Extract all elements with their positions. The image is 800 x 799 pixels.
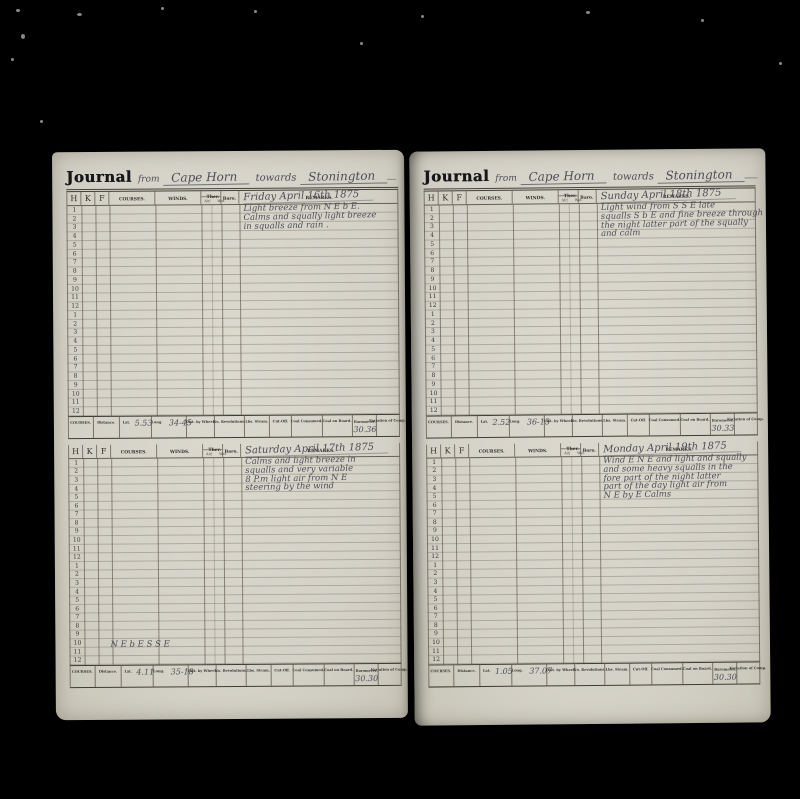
summary-cell: Distance. bbox=[94, 417, 120, 438]
scan-speck bbox=[779, 62, 782, 65]
summary-cell: Lat.4.11 bbox=[122, 666, 154, 687]
column-line bbox=[561, 457, 564, 663]
hour-number: 11 bbox=[429, 399, 439, 405]
scanned-logbook-spread: Journal from Cape Horn towards Stoningto… bbox=[0, 0, 800, 799]
log-grid: 123456789101112123456789101112Light bree… bbox=[66, 204, 399, 416]
hour-number: 3 bbox=[72, 477, 82, 483]
hour-number: 1 bbox=[71, 460, 81, 466]
scan-speck bbox=[254, 10, 257, 13]
hour-number: 12 bbox=[430, 554, 440, 560]
hour-number: 4 bbox=[72, 486, 82, 492]
summary-label: Variation of Comp. bbox=[727, 417, 764, 422]
summary-label: No. Revolutions. bbox=[215, 668, 247, 673]
col-knots: K bbox=[439, 191, 453, 204]
logbook-page-right: Journal from Cape Horn towards Stoningto… bbox=[409, 148, 770, 725]
summary-cell: Long.34-45 bbox=[152, 416, 187, 437]
hour-number: 12 bbox=[428, 303, 438, 309]
hour-number: 6 bbox=[72, 503, 82, 509]
summary-label: Dist. by Wheel. bbox=[186, 419, 216, 424]
summary-label: Coal on Board. bbox=[681, 417, 710, 422]
hour-number: 11 bbox=[428, 294, 438, 300]
hour-number: 1 bbox=[429, 460, 439, 466]
hour-number: 3 bbox=[71, 330, 81, 336]
hour-number: 10 bbox=[429, 391, 439, 397]
summary-value: 1.05 bbox=[495, 667, 513, 676]
hour-number: 3 bbox=[430, 477, 440, 483]
summary-value: 4.11 bbox=[136, 668, 154, 677]
summary-label: Lat. bbox=[483, 668, 491, 673]
hour-number: 9 bbox=[71, 382, 81, 388]
summary-label: Long. bbox=[512, 668, 523, 673]
col-fathoms: F bbox=[455, 444, 469, 457]
hour-number: 6 bbox=[72, 606, 82, 612]
hour-number: 10 bbox=[430, 537, 440, 543]
handwritten-remarks: Light breeze from N E b E.Calms and squa… bbox=[243, 203, 395, 230]
hour-number: 4 bbox=[72, 589, 82, 595]
summary-cell: Coal Consumed. bbox=[294, 664, 325, 685]
summary-label: Lat. bbox=[480, 419, 488, 424]
hour-number: 11 bbox=[430, 546, 440, 552]
log-section-am: H K F COURSES. WINDS. Ther. AirWat. Baro… bbox=[424, 188, 758, 438]
col-fathoms: F bbox=[95, 192, 109, 205]
summary-label: Distance. bbox=[97, 420, 115, 425]
column-line bbox=[241, 458, 243, 664]
summary-strip: COURSES.Distance.Lat.4.11Long.35-18Dist.… bbox=[70, 663, 402, 688]
column-line bbox=[239, 205, 241, 415]
summary-cell: Distance. bbox=[452, 416, 478, 437]
col-hours: H bbox=[427, 444, 441, 457]
column-line bbox=[581, 457, 584, 663]
col-hours: H bbox=[67, 192, 81, 205]
hour-number: 5 bbox=[431, 597, 441, 603]
column-line bbox=[467, 205, 470, 415]
summary-label: Variation of Comp. bbox=[370, 418, 407, 423]
hour-number: 4 bbox=[71, 339, 81, 345]
hour-number: 9 bbox=[72, 529, 82, 535]
summary-value: 30.30 bbox=[714, 673, 737, 682]
column-line bbox=[579, 204, 582, 414]
summary-cell: Coal Consumed. bbox=[650, 414, 681, 435]
summary-label: Distance. bbox=[455, 419, 473, 424]
scan-speck bbox=[16, 9, 20, 12]
column-line bbox=[111, 459, 113, 665]
column-line bbox=[515, 458, 518, 664]
col-knots: K bbox=[81, 192, 95, 205]
hour-number: 12 bbox=[70, 304, 80, 310]
column-line bbox=[157, 459, 159, 665]
summary-cell: Cut-Off. bbox=[630, 663, 652, 684]
summary-cell: COURSES. bbox=[71, 666, 96, 687]
hour-number: 12 bbox=[73, 658, 83, 664]
column-line bbox=[201, 205, 203, 415]
hour-number: 2 bbox=[431, 571, 441, 577]
col-courses: COURSES. bbox=[469, 444, 515, 457]
column-line bbox=[203, 458, 205, 664]
hour-number: 2 bbox=[71, 469, 81, 475]
col-winds: WINDS. bbox=[515, 443, 561, 456]
summary-label: Cut-Off. bbox=[633, 667, 649, 672]
column-line bbox=[453, 205, 456, 415]
hour-number: 5 bbox=[72, 598, 82, 604]
column-line bbox=[83, 459, 85, 665]
summary-label: Coal on Board. bbox=[325, 667, 354, 672]
column-line bbox=[441, 458, 444, 664]
summary-cell: Dist. by Wheel. bbox=[187, 416, 215, 437]
summary-cell: No. Revolutions. bbox=[573, 415, 603, 436]
journal-destination: Stonington bbox=[658, 167, 745, 184]
summary-label: Dist. by Wheel. bbox=[546, 667, 576, 672]
summary-label: Long. bbox=[153, 669, 164, 674]
col-thermometer: Ther. AirWat. bbox=[559, 190, 579, 203]
hour-number: 10 bbox=[431, 640, 441, 646]
log-section-pm: H K F COURSES. WINDS. Ther. AirWat. Baro… bbox=[426, 441, 760, 687]
col-courses: COURSES. bbox=[111, 445, 157, 458]
column-line bbox=[469, 458, 472, 664]
column-line bbox=[109, 206, 111, 416]
summary-label: Coal on Board. bbox=[323, 418, 352, 423]
summary-label: Variation of Comp. bbox=[730, 666, 767, 671]
hour-number: 4 bbox=[427, 233, 437, 239]
summary-cell: Long.35-18 bbox=[154, 665, 189, 686]
hour-number: 9 bbox=[70, 277, 80, 283]
log-section-pm: H K F COURSES. WINDS. Ther. AirWat. Baro… bbox=[68, 443, 402, 688]
summary-cell: Variation of Comp. bbox=[377, 415, 399, 436]
scan-speck bbox=[421, 15, 424, 18]
hour-number: 3 bbox=[431, 580, 441, 586]
summary-cell: Long.36-13 bbox=[510, 415, 545, 436]
summary-value: 30.36 bbox=[353, 425, 376, 434]
summary-label: Cut-Off. bbox=[273, 419, 289, 424]
summary-label: Coal Consumed. bbox=[649, 417, 681, 422]
summary-cell: Distance. bbox=[96, 666, 122, 687]
summary-cell: Dist. by Wheel. bbox=[545, 415, 573, 436]
col-hours: H bbox=[425, 191, 439, 204]
hour-number: 11 bbox=[72, 546, 82, 552]
col-courses: COURSES. bbox=[109, 192, 155, 205]
summary-label: Variation of Comp. bbox=[371, 667, 408, 672]
col-courses: COURSES. bbox=[467, 191, 513, 204]
hour-number: 9 bbox=[73, 632, 83, 638]
remarks-line: steering by the wind bbox=[245, 481, 397, 493]
col-winds: WINDS. bbox=[157, 444, 203, 457]
hour-number: 3 bbox=[428, 329, 438, 335]
summary-label: Lbs. Steam. bbox=[247, 668, 270, 673]
summary-cell: Distance. bbox=[454, 665, 480, 686]
logbook-page-left: Journal from Cape Horn towards Stoningto… bbox=[52, 150, 408, 720]
hour-number: 1 bbox=[70, 207, 80, 213]
hour-number: 6 bbox=[70, 251, 80, 257]
column-line bbox=[455, 458, 458, 664]
hour-number: 7 bbox=[431, 614, 441, 620]
summary-label: Distance. bbox=[458, 668, 476, 673]
column-line bbox=[597, 204, 600, 414]
hour-number: 4 bbox=[70, 234, 80, 240]
hour-number: 8 bbox=[429, 373, 439, 379]
hour-number: 7 bbox=[429, 364, 439, 370]
hour-number: 1 bbox=[428, 312, 438, 318]
summary-label: COURSES. bbox=[71, 420, 92, 425]
journal-word: Journal bbox=[66, 168, 132, 186]
hour-number: 10 bbox=[73, 641, 83, 647]
hour-number: 9 bbox=[428, 277, 438, 283]
column-line bbox=[569, 204, 572, 414]
hour-number: 12 bbox=[72, 555, 82, 561]
hour-number: 6 bbox=[71, 356, 81, 362]
summary-cell: COURSES. bbox=[429, 665, 454, 686]
summary-label: Coal Consumed. bbox=[651, 666, 683, 671]
summary-cell: Coal on Board. bbox=[325, 664, 355, 685]
journal-origin: Cape Horn bbox=[163, 169, 249, 186]
log-grid: 123456789101112123456789101112Calms and … bbox=[68, 457, 401, 665]
hour-number: 5 bbox=[430, 494, 440, 500]
hour-number: 12 bbox=[431, 657, 441, 663]
summary-label: Coal Consumed. bbox=[293, 668, 325, 673]
hour-number: 1 bbox=[72, 563, 82, 569]
hour-number: 5 bbox=[427, 242, 437, 248]
hour-number: 8 bbox=[428, 268, 438, 274]
hour-number: 2 bbox=[427, 216, 437, 222]
summary-label: COURSES. bbox=[431, 669, 452, 674]
column-line bbox=[221, 205, 223, 415]
column-line bbox=[571, 457, 574, 663]
summary-cell: Lbs. Steam. bbox=[247, 665, 272, 686]
summary-cell: Variation of Comp. bbox=[737, 662, 759, 683]
hour-number: 2 bbox=[70, 321, 80, 327]
journal-header: Journal from Cape Horn towards Stoningto… bbox=[66, 166, 396, 189]
hour-number: 8 bbox=[430, 520, 440, 526]
summary-label: Coal on Board. bbox=[683, 666, 712, 671]
summary-value: 5.53 bbox=[135, 419, 153, 428]
summary-label: Dist. by Wheel. bbox=[544, 418, 574, 423]
summary-label: Dist. by Wheel. bbox=[187, 668, 217, 673]
hour-number: 12 bbox=[429, 408, 439, 414]
hour-number: 1 bbox=[70, 312, 80, 318]
hour-number: 1 bbox=[430, 563, 440, 569]
summary-cell: Coal on Board. bbox=[323, 415, 353, 436]
journal-from-label: from bbox=[138, 174, 160, 184]
summary-cell: Coal on Board. bbox=[681, 414, 711, 435]
journal-towards-label: towards bbox=[613, 171, 654, 182]
summary-label: Cut-Off. bbox=[631, 418, 647, 423]
scan-speck bbox=[77, 13, 82, 16]
hour-number: 9 bbox=[429, 382, 439, 388]
summary-cell: Lat.2.52 bbox=[478, 416, 510, 437]
scan-speck bbox=[11, 58, 14, 61]
col-hours: H bbox=[69, 445, 83, 458]
hour-number: 4 bbox=[430, 485, 440, 491]
summary-label: Lat. bbox=[124, 669, 132, 674]
hour-number: 5 bbox=[72, 495, 82, 501]
summary-label: COURSES. bbox=[72, 669, 93, 674]
summary-cell: COURSES. bbox=[69, 417, 94, 438]
hour-number: 2 bbox=[70, 216, 80, 222]
hour-number: 4 bbox=[431, 588, 441, 594]
hour-number: 8 bbox=[71, 374, 81, 380]
summary-cell: Lbs. Steam. bbox=[245, 416, 270, 437]
summary-cell: Coal on Board. bbox=[683, 663, 713, 684]
column-line bbox=[155, 206, 157, 416]
hour-number: 7 bbox=[71, 365, 81, 371]
summary-cell: No. Revolutions. bbox=[215, 416, 245, 437]
handwritten-remarks: Light wind from S S E latesqualls S b E … bbox=[601, 201, 753, 238]
column-line bbox=[95, 206, 97, 416]
col-knots: K bbox=[441, 444, 455, 457]
summary-strip: COURSES.Distance.Lat.2.52Long.36-13Dist.… bbox=[426, 412, 758, 438]
remarks-line: and calm bbox=[601, 227, 753, 239]
summary-cell: Coal Consumed. bbox=[652, 663, 683, 684]
hour-number: 10 bbox=[70, 286, 80, 292]
remarks-line: N E by E Calms bbox=[603, 489, 755, 501]
journal-word: Journal bbox=[423, 167, 489, 186]
col-winds: WINDS. bbox=[513, 190, 559, 203]
hour-number: 6 bbox=[427, 251, 437, 257]
summary-label: No. Revolutions. bbox=[213, 419, 245, 424]
col-knots: K bbox=[83, 445, 97, 458]
hour-number: 2 bbox=[428, 321, 438, 327]
scan-speck bbox=[40, 120, 43, 123]
summary-cell: Coal Consumed. bbox=[292, 415, 323, 436]
scan-speck bbox=[701, 19, 704, 22]
hour-number: 1 bbox=[427, 207, 437, 213]
hour-number: 11 bbox=[70, 295, 80, 301]
summary-cell: Lat.5.53 bbox=[120, 417, 152, 438]
summary-cell: COURSES. bbox=[427, 416, 452, 437]
hour-number: 10 bbox=[71, 391, 81, 397]
hour-number: 10 bbox=[72, 538, 82, 544]
summary-label: Coal Consumed. bbox=[291, 419, 323, 424]
col-thermometer: Ther. AirWat. bbox=[561, 443, 581, 456]
summary-label: Lbs. Steam. bbox=[606, 667, 629, 672]
handwritten-course-note: N E b E S S E bbox=[110, 639, 169, 649]
summary-cell: No. Revolutions. bbox=[575, 664, 605, 685]
summary-label: No. Revolutions. bbox=[574, 667, 606, 672]
hour-number: 8 bbox=[72, 520, 82, 526]
hour-number: 9 bbox=[431, 631, 441, 637]
hour-number: 6 bbox=[431, 606, 441, 612]
summary-value: 2.52 bbox=[492, 418, 510, 427]
hour-number: 7 bbox=[72, 512, 82, 518]
column-line bbox=[513, 205, 516, 415]
column-line bbox=[97, 459, 99, 665]
journal-towards-label: towards bbox=[256, 173, 297, 184]
column-line bbox=[599, 457, 602, 663]
hour-number: 5 bbox=[70, 242, 80, 248]
column-line bbox=[211, 205, 213, 415]
hour-number: 5 bbox=[71, 347, 81, 353]
hour-number: 8 bbox=[431, 623, 441, 629]
col-winds: WINDS. bbox=[155, 191, 201, 204]
hour-number: 12 bbox=[71, 409, 81, 415]
scan-speck bbox=[161, 7, 164, 10]
col-fathoms: F bbox=[453, 191, 467, 204]
hour-number: 11 bbox=[71, 400, 81, 406]
summary-cell: Lat.1.05 bbox=[480, 665, 512, 686]
summary-strip: COURSES.Distance.Lat.5.53Long.34-45Dist.… bbox=[68, 414, 400, 439]
column-line bbox=[213, 458, 215, 664]
hour-number: 9 bbox=[430, 528, 440, 534]
hour-number: 6 bbox=[430, 503, 440, 509]
summary-label: Lbs. Steam. bbox=[245, 419, 268, 424]
hour-number: 11 bbox=[431, 649, 441, 655]
log-grid: 123456789101112123456789101112Light wind… bbox=[424, 202, 758, 415]
summary-label: Cut-Off. bbox=[274, 668, 290, 673]
hour-number: 7 bbox=[72, 615, 82, 621]
hour-number: 8 bbox=[70, 269, 80, 275]
hour-number: 4 bbox=[428, 338, 438, 344]
summary-label: COURSES. bbox=[429, 420, 450, 425]
summary-label: Lat. bbox=[122, 420, 130, 425]
summary-label: No. Revolutions. bbox=[571, 418, 603, 423]
hour-number: 2 bbox=[430, 468, 440, 474]
summary-cell: Dist. by Wheel. bbox=[189, 665, 217, 686]
summary-cell: Cut-Off. bbox=[272, 665, 294, 686]
hour-number: 3 bbox=[72, 580, 82, 586]
hour-number: 8 bbox=[73, 623, 83, 629]
hour-number: 6 bbox=[428, 356, 438, 362]
hour-number: 10 bbox=[428, 286, 438, 292]
journal-destination: Stonington bbox=[300, 168, 387, 185]
summary-value: 30.33 bbox=[711, 424, 734, 433]
scan-speck bbox=[21, 34, 25, 39]
summary-cell: No. Revolutions. bbox=[217, 665, 247, 686]
col-fathoms: F bbox=[97, 445, 111, 458]
header-rule-tail bbox=[387, 166, 396, 180]
summary-cell: Cut-Off. bbox=[270, 416, 292, 437]
summary-strip: COURSES.Distance.Lat.1.05Long.37.07Dist.… bbox=[428, 661, 760, 687]
journal-from-label: from bbox=[495, 174, 517, 184]
remarks-line: in squalls and rain . bbox=[243, 219, 395, 231]
hour-number: 3 bbox=[70, 225, 80, 231]
summary-cell: Variation of Comp. bbox=[379, 664, 401, 685]
journal-origin: Cape Horn bbox=[521, 168, 607, 185]
hour-number: 11 bbox=[73, 649, 83, 655]
hour-number: 3 bbox=[427, 224, 437, 230]
col-thermometer: Ther. AirWat. bbox=[203, 444, 223, 457]
summary-cell: Dist. by Wheel. bbox=[547, 664, 575, 685]
summary-label: Long. bbox=[151, 420, 162, 425]
summary-label: Lbs. Steam. bbox=[603, 418, 626, 423]
hour-number: 7 bbox=[428, 259, 438, 265]
column-line bbox=[559, 204, 562, 414]
column-line bbox=[81, 206, 83, 416]
hour-number: 5 bbox=[428, 347, 438, 353]
log-grid: 123456789101112123456789101112Wind E N E… bbox=[426, 455, 760, 664]
scan-speck bbox=[360, 42, 363, 45]
header-rule-tail bbox=[745, 164, 758, 178]
handwritten-remarks: Wind E N E and light and squallyand some… bbox=[603, 454, 755, 499]
handwritten-remarks: Calms and light breeze insqualls and ver… bbox=[245, 456, 397, 492]
summary-cell: Lbs. Steam. bbox=[605, 664, 630, 685]
summary-cell: Long.37.07 bbox=[512, 664, 547, 685]
summary-cell: Cut-Off. bbox=[628, 414, 650, 435]
scan-speck bbox=[586, 11, 590, 14]
summary-label: Long. bbox=[509, 419, 520, 424]
hour-number: 7 bbox=[430, 511, 440, 517]
summary-cell: Variation of Comp. bbox=[735, 413, 757, 434]
column-line bbox=[439, 205, 442, 415]
summary-label: Distance. bbox=[99, 669, 117, 674]
hour-number: 7 bbox=[70, 260, 80, 266]
log-section-am: H K F COURSES. WINDS. Ther. AirWat. Baro… bbox=[66, 190, 400, 439]
col-thermometer: Ther. AirWat. bbox=[201, 191, 221, 204]
summary-cell: Lbs. Steam. bbox=[603, 415, 628, 436]
column-line bbox=[223, 458, 225, 664]
summary-value: 30.30 bbox=[355, 674, 378, 683]
hour-number: 2 bbox=[72, 572, 82, 578]
